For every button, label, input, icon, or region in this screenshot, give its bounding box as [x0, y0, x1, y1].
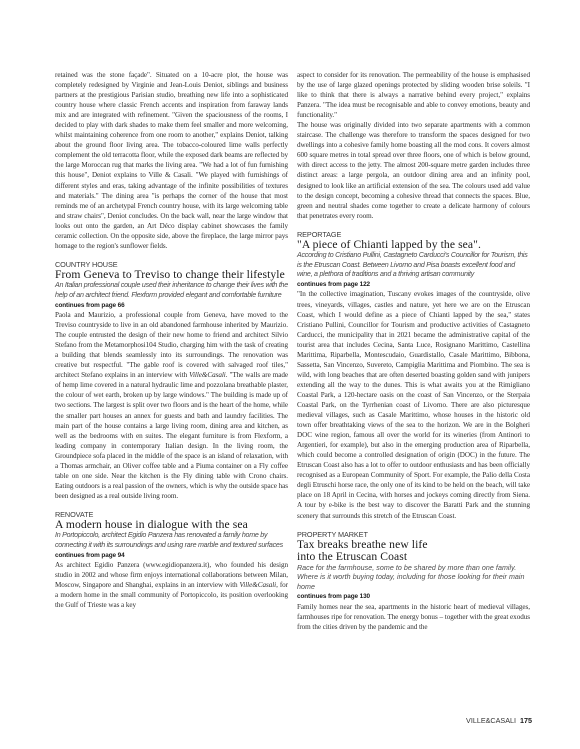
magazine-name-italic: Ville&Casali	[189, 371, 226, 379]
article-body: As architect Egidio Panzera (www.egidiop…	[55, 560, 288, 610]
continues-from-page: continues from page 122	[297, 280, 530, 290]
article-body: "In the collective imagination, Tuscany …	[297, 289, 530, 520]
article-body: Family homes near the sea, apartments in…	[297, 602, 530, 632]
continues-from-page: continues from page 130	[297, 592, 530, 602]
intro-paragraph: retained was the stone façade". Situated…	[55, 70, 288, 251]
article-body: Paola and Maurizio, a professional coupl…	[55, 310, 288, 501]
body-text-part: Paola and Maurizio, a professional coupl…	[55, 311, 288, 379]
article-reportage: REPORTAGE "A piece of Chianti lapped by …	[297, 230, 530, 521]
intro-paragraph: aspect to consider for its renovation. T…	[297, 70, 530, 120]
body-text-part: . "The walls are made of hemp lime cover…	[55, 371, 288, 500]
headline-line: into the Etruscan Coast	[297, 550, 407, 563]
article-headline: "A piece of Chianti lapped by the sea".	[297, 239, 530, 252]
publication-name: VILLE&CASALI	[466, 716, 516, 725]
page-number: 175	[520, 716, 532, 725]
intro-paragraph: The house was originally divided into tw…	[297, 120, 530, 220]
article-standfirst: According to Cristiano Pullini, Castagne…	[297, 251, 530, 280]
article-standfirst: An Italian professional couple used thei…	[55, 281, 288, 300]
continues-from-page: continues from page 94	[55, 551, 288, 561]
page-folio: VILLE&CASALI 175	[466, 716, 532, 725]
article-renovate: RENOVATE A modern house in dialogue with…	[55, 510, 288, 610]
article-headline: From Geneva to Treviso to change their l…	[55, 269, 288, 282]
left-column: retained was the stone façade". Situated…	[55, 70, 288, 610]
article-country-house: COUNTRY HOUSE From Geneva to Treviso to …	[55, 260, 288, 501]
magazine-page: retained was the stone façade". Situated…	[0, 0, 580, 749]
continues-from-page: continues from page 66	[55, 301, 288, 311]
right-column: aspect to consider for its renovation. T…	[297, 70, 530, 632]
article-headline: Tax breaks breathe new lifeinto the Etru…	[297, 539, 530, 564]
article-property-market: PROPERTY MARKET Tax breaks breathe new l…	[297, 530, 530, 632]
article-headline: A modern house in dialogue with the sea	[55, 519, 288, 532]
headline-line: Tax breaks breathe new life	[297, 538, 428, 551]
magazine-name-italic: Ville&Casali	[240, 581, 277, 589]
article-standfirst: Race for the farmhouse, some to be share…	[297, 564, 530, 593]
article-standfirst: In Portopiccolo, architect Egidio Panzer…	[55, 531, 288, 550]
